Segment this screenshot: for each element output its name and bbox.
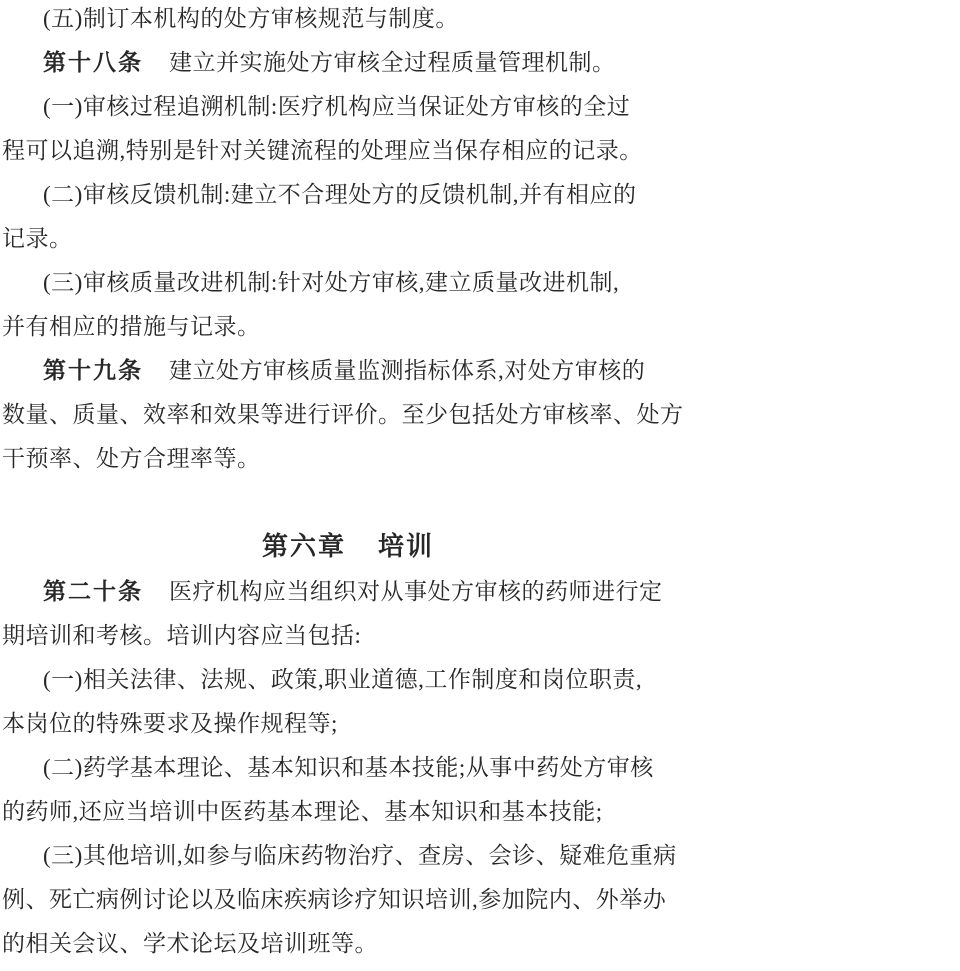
document-line: 程可以追溯,特别是针对关键流程的处理应当保存相应的记录。 [2, 129, 694, 173]
document-line: 记录。 [2, 217, 694, 261]
document-line: 例、死亡病例讨论以及临床疾病诊疗知识培训,参加院内、外举办 [2, 878, 694, 922]
document-line: 数量、质量、效率和效果等进行评价。至少包括处方审核率、处方 [2, 393, 694, 437]
document-line-article: 第十八条建立并实施处方审核全过程质量管理机制。 [2, 41, 694, 85]
document-line: (一)相关法律、法规、政策,职业道德,工作制度和岗位职责, [2, 658, 694, 702]
document-line: 的药师,还应当培训中医药基本理论、基本知识和基本技能; [2, 790, 694, 834]
chapter-number: 第六章 [262, 532, 346, 561]
article-text: 建立并实施处方审核全过程质量管理机制。 [169, 50, 616, 75]
document-line-article: 第二十条医疗机构应当组织对从事处方审核的药师进行定 [2, 570, 694, 614]
document-line: 本岗位的特殊要求及操作规程等; [2, 702, 694, 746]
document-line-article: 第十九条建立处方审核质量监测指标体系,对处方审核的 [2, 349, 694, 393]
document-line: (二)药学基本理论、基本知识和基本技能;从事中药处方审核 [2, 746, 694, 790]
text-block: (五)制订本机构的处方审核规范与制度。 第十八条建立并实施处方审核全过程质量管理… [2, 0, 694, 966]
article-label: 第十八条 [43, 50, 143, 75]
document-line: (三)其他培训,如参与临床药物治疗、查房、会诊、疑难危重病 [2, 834, 694, 878]
article-text: 医疗机构应当组织对从事处方审核的药师进行定 [169, 579, 663, 604]
chapter-title: 培训 [378, 532, 434, 561]
document-line: (一)审核过程追溯机制:医疗机构应当保证处方审核的全过 [2, 85, 694, 129]
article-label: 第二十条 [43, 579, 143, 604]
chapter-heading: 第六章培训 [2, 524, 694, 570]
article-label: 第十九条 [43, 358, 143, 383]
document-line: 的相关会议、学术论坛及培训班等。 [2, 922, 694, 966]
article-text: 建立处方审核质量监测指标体系,对处方审核的 [169, 358, 645, 383]
document-line: (三)审核质量改进机制:针对处方审核,建立质量改进机制, [2, 261, 694, 305]
document-line: 干预率、处方合理率等。 [2, 437, 694, 481]
document-line: 期培训和考核。培训内容应当包括: [2, 614, 694, 658]
document-line: (五)制订本机构的处方审核规范与制度。 [2, 0, 694, 41]
document-line: 并有相应的措施与记录。 [2, 305, 694, 349]
document-line: (二)审核反馈机制:建立不合理处方的反馈机制,并有相应的 [2, 173, 694, 217]
document-page: (五)制订本机构的处方审核规范与制度。 第十八条建立并实施处方审核全过程质量管理… [0, 0, 960, 971]
